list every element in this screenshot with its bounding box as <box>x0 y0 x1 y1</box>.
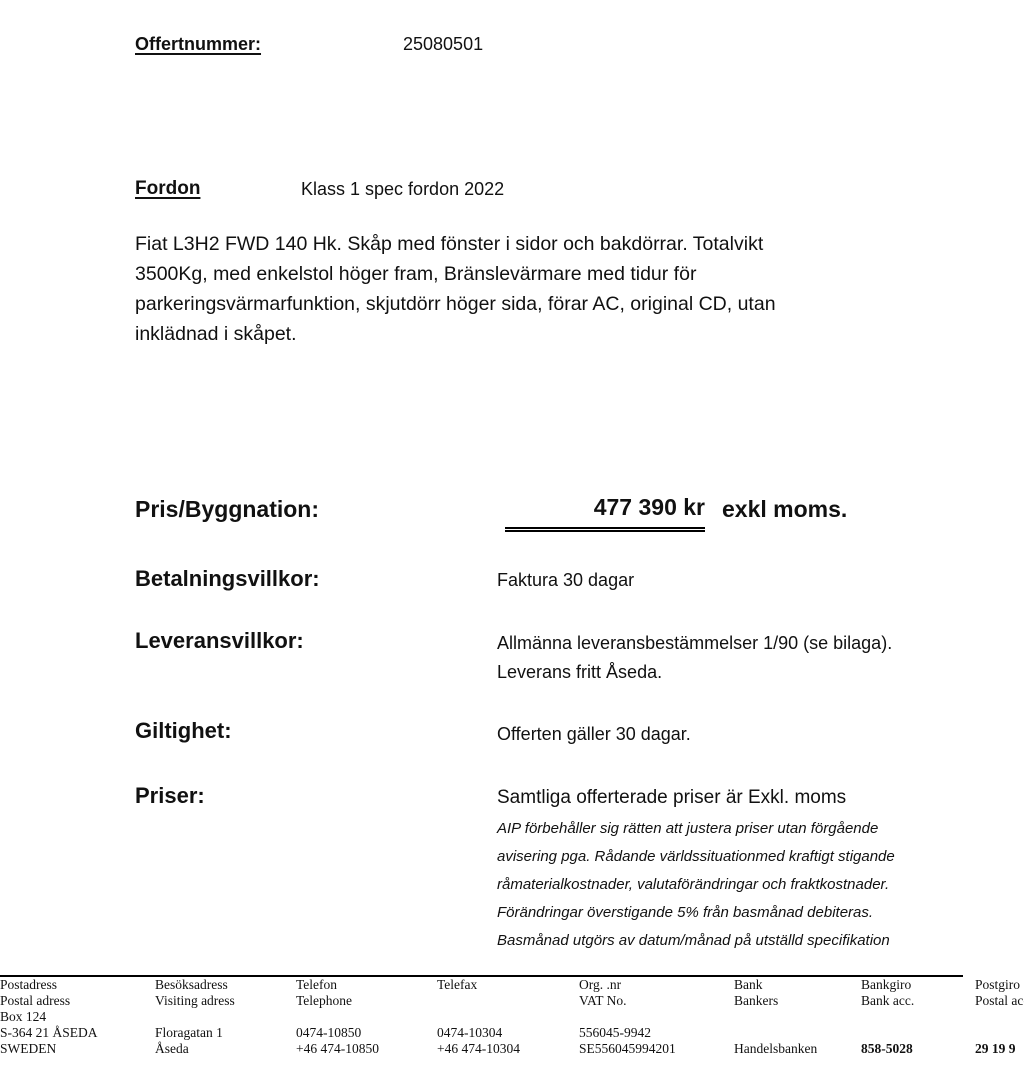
footer-telephone: Telefon Telephone 0474-10850 +46 474-108… <box>296 977 379 1057</box>
footer-heading: Bankers <box>734 993 817 1009</box>
footer-heading: VAT No. <box>579 993 676 1009</box>
footer-value: Åseda <box>155 1041 235 1057</box>
prices-label: Priser: <box>135 783 205 809</box>
delivery-terms-line2: Leverans fritt Åseda. <box>497 658 662 687</box>
footer-value: Handelsbanken <box>734 1041 817 1057</box>
footer-bankgiro: Bankgiro Bank acc. 858-5028 <box>861 977 914 1057</box>
footer-value: SWEDEN <box>0 1041 98 1057</box>
price-label: Pris/Byggnation: <box>135 496 319 523</box>
footer-heading: Postadress <box>0 977 98 993</box>
price-amount: 477 390 kr <box>505 494 705 532</box>
offer-number-label: Offertnummer: <box>135 34 261 55</box>
footer-heading: Telefax <box>437 977 520 993</box>
offer-number: 25080501 <box>403 34 483 55</box>
vehicle-label: Fordon <box>135 178 200 200</box>
prices-value: Samtliga offerterade priser är Exkl. mom… <box>497 783 846 812</box>
payment-terms-value: Faktura 30 dagar <box>497 566 634 595</box>
price-adjustment-note: AIP förbehåller sig rätten att justera p… <box>497 815 895 955</box>
note-line: råmaterialkostnader, valutaförändringar … <box>497 871 895 899</box>
footer-heading: Telefon <box>296 977 379 993</box>
note-line: AIP förbehåller sig rätten att justera p… <box>497 815 895 843</box>
footer-heading: Org. .nr <box>579 977 676 993</box>
footer-heading: Postal acc. <box>975 993 1024 1009</box>
footer-heading: Besöksadress <box>155 977 235 993</box>
footer-value: 0474-10304 <box>437 1025 520 1041</box>
validity-label: Giltighet: <box>135 718 232 744</box>
footer-value: 556045-9942 <box>579 1025 676 1041</box>
delivery-terms-label: Leveransvillkor: <box>135 628 304 654</box>
footer-heading: Telephone <box>296 993 379 1009</box>
payment-terms-label: Betalningsvillkor: <box>135 566 320 592</box>
footer-value: SE556045994201 <box>579 1041 676 1057</box>
footer-value: +46 474-10304 <box>437 1041 520 1057</box>
footer-value: 0474-10850 <box>296 1025 379 1041</box>
footer-org-number: Org. .nr VAT No. 556045-9942 SE556045994… <box>579 977 676 1057</box>
footer-heading: Postgiro <box>975 977 1024 993</box>
footer-value: Box 124 <box>0 1009 98 1025</box>
footer-visiting-address: Besöksadress Visiting adress Floragatan … <box>155 977 235 1057</box>
footer-value: S-364 21 ÅSEDA <box>0 1025 98 1041</box>
footer-heading: Visiting adress <box>155 993 235 1009</box>
note-line: avisering pga. Rådande världssituationme… <box>497 843 895 871</box>
footer-bank: Bank Bankers Handelsbanken <box>734 977 817 1057</box>
footer-heading: Postal adress <box>0 993 98 1009</box>
footer-heading: Bank <box>734 977 817 993</box>
delivery-terms-line1: Allmänna leveransbestämmelser 1/90 (se b… <box>497 629 892 658</box>
vehicle-class: Klass 1 spec fordon 2022 <box>301 179 504 200</box>
price-suffix: exkl moms. <box>722 496 847 523</box>
note-line: Förändringar överstigande 5% från basmån… <box>497 899 895 927</box>
validity-value: Offerten gäller 30 dagar. <box>497 720 691 749</box>
note-line: Basmånad utgörs av datum/månad på utstäl… <box>497 927 895 955</box>
footer-value: Floragatan 1 <box>155 1025 235 1041</box>
footer-value: 858-5028 <box>861 1041 914 1057</box>
footer-value: 29 19 9 <box>975 1041 1024 1057</box>
footer-postal-address: Postadress Postal adress Box 124 S-364 2… <box>0 977 98 1057</box>
vehicle-description: Fiat L3H2 FWD 140 Hk. Skåp med fönster i… <box>135 229 835 349</box>
footer-heading: Bankgiro <box>861 977 914 993</box>
footer-heading: Bank acc. <box>861 993 914 1009</box>
footer-value: +46 474-10850 <box>296 1041 379 1057</box>
footer-postgiro: Postgiro Postal acc. 29 19 9 <box>975 977 1024 1057</box>
footer-telefax: Telefax 0474-10304 +46 474-10304 <box>437 977 520 1057</box>
